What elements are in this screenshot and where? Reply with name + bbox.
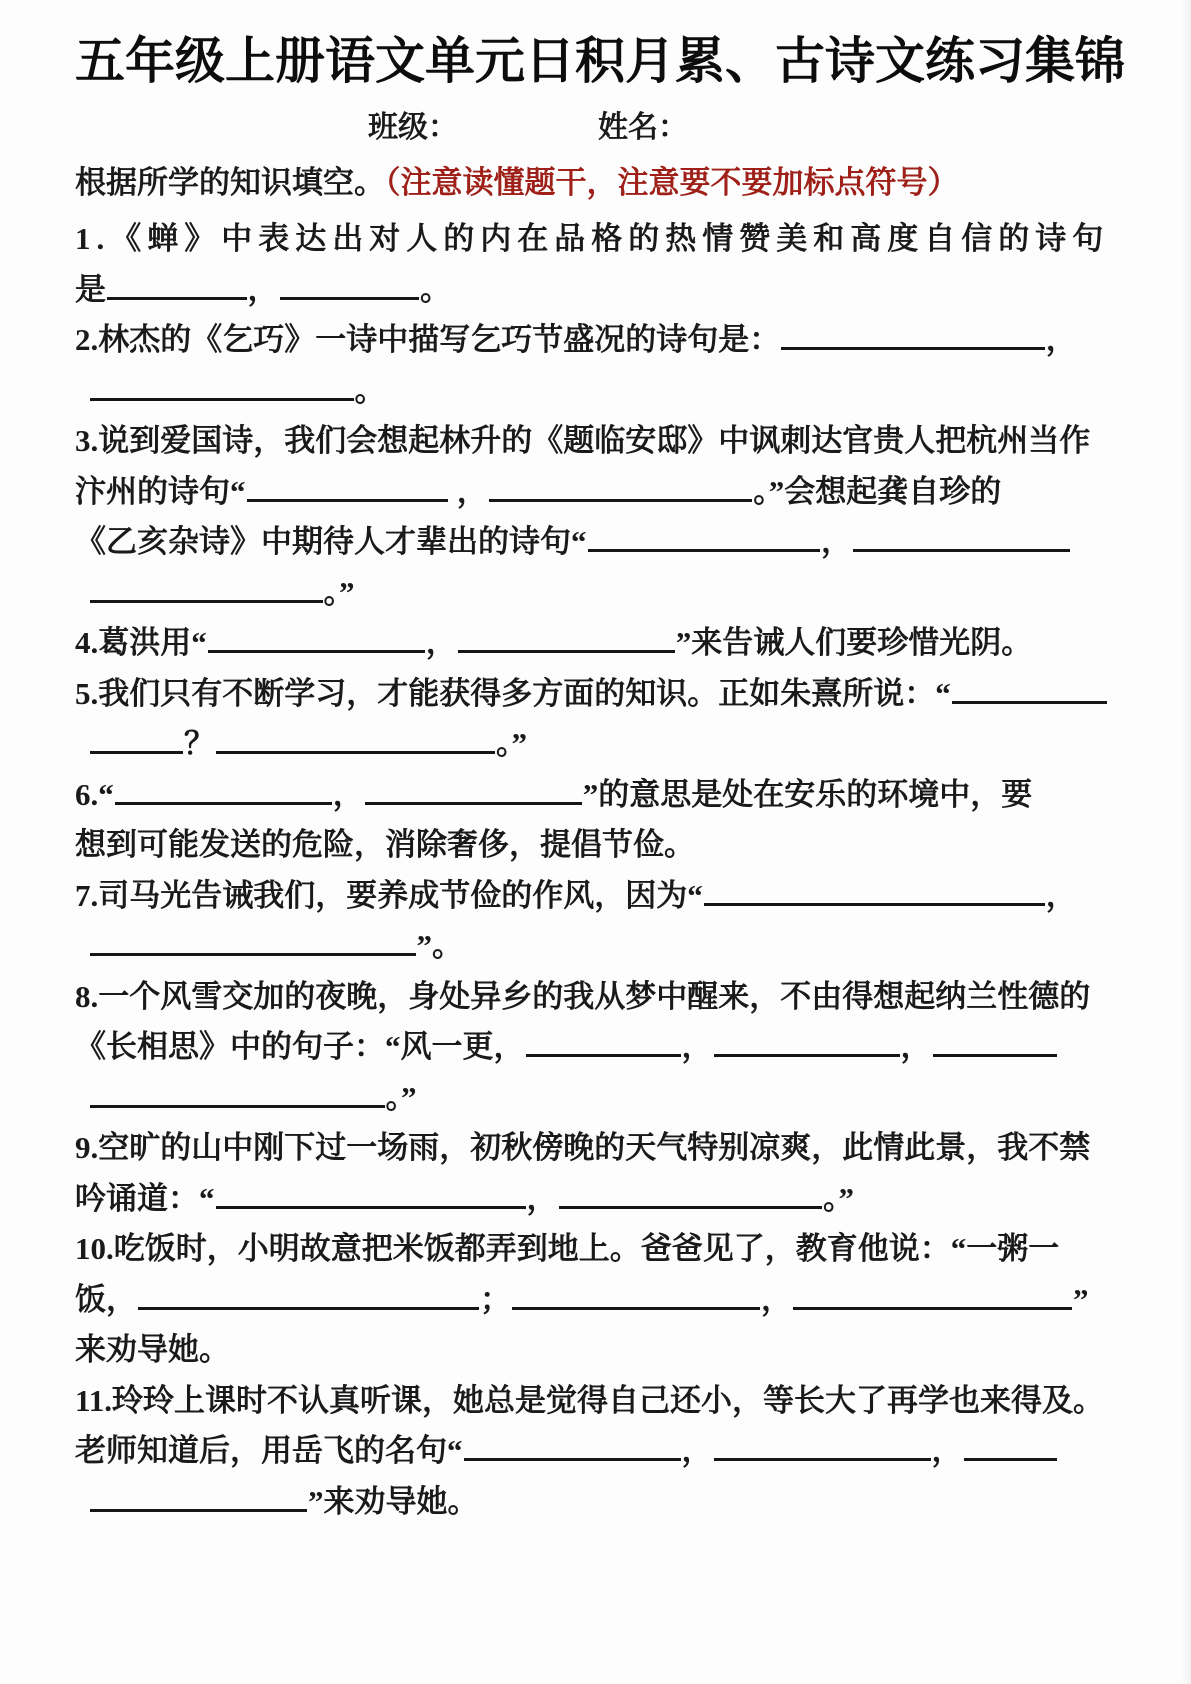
question-line: 。”	[75, 568, 1117, 619]
question-line: 来劝导她。	[75, 1325, 1117, 1376]
question-text: ”的意思是处在安乐的环境中，要	[583, 777, 1033, 812]
question-text: ，	[901, 1029, 932, 1064]
question-list: 1.《蝉》中表达出对人的内在品格的热情赞美和高度自信的诗句是，。2.林杰的《乞巧…	[75, 214, 1117, 1527]
question-text: 3.说到爱国诗，我们会想起林升的《题临安邸》中讽刺达官贵人把杭州当作	[75, 423, 1090, 458]
instruction-row: 根据所学的知识填空。（注意读懂题干，注意要不要加标点符号）	[75, 162, 1117, 204]
answer-blank	[115, 772, 332, 805]
question-text: ，	[527, 1181, 558, 1216]
name-label: 姓名：	[598, 108, 688, 148]
answer-blank	[952, 671, 1107, 704]
question-text: 想到可能发送的危险，消除奢侈，提倡节俭。	[75, 827, 695, 862]
question-text: ，	[932, 1433, 963, 1468]
scan-edge-shading	[1181, 0, 1191, 1684]
question-text: 。”会想起龚自珍的	[753, 474, 1001, 509]
answer-blank	[90, 570, 323, 603]
question-text: 4.葛洪用“	[75, 625, 207, 660]
worksheet-page: 五年级上册语文单元日积月累、古诗文练习集锦 班级： 姓名： 根据所学的知识填空。…	[0, 0, 1191, 1684]
question-line: 11.玲玲上课时不认真听课，她总是觉得自己还小，等长大了再学也来得及。	[75, 1376, 1117, 1427]
class-label: 班级：	[368, 108, 458, 148]
question-text: ，	[1046, 322, 1077, 357]
question-text: 9.空旷的山中刚下过一场雨，初秋傍晚的天气特别凉爽，此情此景，我不禁	[75, 1130, 1090, 1165]
question-text: 。”	[324, 575, 355, 610]
question-line: 3.说到爱国诗，我们会想起林升的《题临安邸》中讽刺达官贵人把杭州当作	[75, 416, 1117, 467]
answer-blank	[216, 1176, 526, 1209]
question-text: 5.我们只有不断学习，才能获得多方面的知识。正如朱熹所说：“	[75, 676, 951, 711]
question-text: 6.“	[75, 777, 114, 812]
page-title: 五年级上册语文单元日积月累、古诗文练习集锦	[75, 0, 1117, 92]
instruction-text: 根据所学的知识填空。	[75, 165, 385, 200]
question-line: 5.我们只有不断学习，才能获得多方面的知识。正如朱熹所说：“	[75, 669, 1117, 720]
answer-blank	[512, 1277, 760, 1310]
instruction-note: （注意读懂题干，注意要不要加标点符号）	[385, 165, 959, 200]
question-line: 1.《蝉》中表达出对人的内在品格的热情赞美和高度自信的诗句	[75, 214, 1117, 265]
question-text: ，	[449, 474, 488, 509]
question-text: 1.《蝉》中表达出对人的内在品格的热情赞美和高度自信的诗句	[75, 221, 1109, 256]
answer-blank	[90, 721, 183, 754]
question-line: 。	[75, 366, 1117, 417]
answer-blank	[280, 267, 420, 300]
question-line: 4.葛洪用“，”来告诫人们要珍惜光阴。	[75, 618, 1117, 669]
answer-blank	[853, 519, 1070, 552]
question-line: 想到可能发送的危险，消除奢侈，提倡节俭。	[75, 820, 1117, 871]
question-line: 《长相思》中的句子：“风一更，，，	[75, 1022, 1117, 1073]
question-line: 7.司马光告诫我们，要养成节俭的作风，因为“，	[75, 871, 1117, 922]
question-text: 饭，	[75, 1282, 137, 1317]
question-line: 8.一个风雪交加的夜晚，身处异乡的我从梦中醒来，不由得想起纳兰性德的	[75, 972, 1117, 1023]
question-text: ”。	[417, 928, 464, 963]
question-text: 老师知道后，用岳飞的名句“	[75, 1433, 463, 1468]
question-text: 汴州的诗句“	[75, 474, 246, 509]
answer-blank	[526, 1024, 681, 1057]
answer-blank	[90, 368, 354, 401]
answer-blank	[714, 1428, 931, 1461]
question-text: 吟诵道：“	[75, 1181, 215, 1216]
answer-blank	[964, 1428, 1057, 1461]
question-text: ，	[426, 625, 457, 660]
answer-blank	[588, 519, 821, 552]
question-text: 11.玲玲上课时不认真听课，她总是觉得自己还小，等长大了再学也来得及。	[75, 1383, 1104, 1418]
answer-blank	[559, 1176, 823, 1209]
question-text: 。”	[496, 726, 527, 761]
question-text: 。	[420, 272, 451, 307]
question-text: ，	[761, 1282, 792, 1317]
question-text: ”来劝导她。	[308, 1484, 479, 1519]
question-text: ，	[333, 777, 364, 812]
question-text: 7.司马光告诫我们，要养成节俭的作风，因为“	[75, 878, 703, 913]
question-text: 。”	[823, 1181, 854, 1216]
question-text: ；	[480, 1282, 511, 1317]
question-line: ”来劝导她。	[75, 1477, 1117, 1528]
question-line: 9.空旷的山中刚下过一场雨，初秋傍晚的天气特别凉爽，此情此景，我不禁	[75, 1123, 1117, 1174]
question-text: 《乙亥杂诗》中期待人才辈出的诗句“	[75, 524, 587, 559]
answer-blank	[781, 317, 1045, 350]
question-line: 汴州的诗句“ ，。”会想起龚自珍的	[75, 467, 1117, 518]
question-text: ”	[1073, 1282, 1089, 1317]
answer-blank	[90, 1479, 307, 1512]
answer-blank	[90, 923, 416, 956]
answer-blank	[138, 1277, 479, 1310]
question-text: 来劝导她。	[75, 1332, 230, 1367]
question-text: 。	[355, 373, 386, 408]
worksheet-content: 五年级上册语文单元日积月累、古诗文练习集锦 班级： 姓名： 根据所学的知识填空。…	[0, 0, 1191, 1527]
answer-blank	[216, 721, 495, 754]
question-text: 。”	[386, 1080, 417, 1115]
question-text: 《长相思》中的句子：“风一更，	[75, 1029, 525, 1064]
question-line: 2.林杰的《乞巧》一诗中描写乞巧节盛况的诗句是：，	[75, 315, 1117, 366]
question-line: 吟诵道：“，。”	[75, 1174, 1117, 1225]
question-text: ”来告诫人们要珍惜光阴。	[676, 625, 1033, 660]
question-line: ？。”	[75, 719, 1117, 770]
question-line: 是，。	[75, 265, 1117, 316]
question-line: 6.“，”的意思是处在安乐的环境中，要	[75, 770, 1117, 821]
answer-blank	[247, 469, 449, 502]
question-text: 是	[75, 272, 106, 307]
question-line: 10.吃饭时，小明故意把米饭都弄到地上。爸爸见了，教育他说：“一粥一	[75, 1224, 1117, 1275]
answer-blank	[365, 772, 582, 805]
question-line: 饭，；，”	[75, 1275, 1117, 1326]
answer-blank	[714, 1024, 900, 1057]
answer-blank	[933, 1024, 1057, 1057]
answer-blank	[458, 620, 675, 653]
question-text: ，	[682, 1433, 713, 1468]
answer-blank	[464, 1428, 681, 1461]
meta-row: 班级： 姓名：	[368, 108, 1117, 148]
question-text: 8.一个风雪交加的夜晚，身处异乡的我从梦中醒来，不由得想起纳兰性德的	[75, 979, 1090, 1014]
question-line: 《乙亥杂诗》中期待人才辈出的诗句“，	[75, 517, 1117, 568]
answer-blank	[793, 1277, 1072, 1310]
question-text: ，	[248, 272, 279, 307]
answer-blank	[489, 469, 753, 502]
answer-blank	[704, 873, 1045, 906]
answer-blank	[208, 620, 425, 653]
question-text: ，	[682, 1029, 713, 1064]
question-text: ？	[184, 726, 215, 761]
question-text: ，	[1046, 878, 1077, 913]
answer-blank	[107, 267, 247, 300]
question-text: 10.吃饭时，小明故意把米饭都弄到地上。爸爸见了，教育他说：“一粥一	[75, 1231, 1059, 1266]
answer-blank	[90, 1075, 385, 1108]
question-line: 。”	[75, 1073, 1117, 1124]
question-text: ，	[821, 524, 852, 559]
question-line: 老师知道后，用岳飞的名句“，，	[75, 1426, 1117, 1477]
question-text: 2.林杰的《乞巧》一诗中描写乞巧节盛况的诗句是：	[75, 322, 780, 357]
question-line: ”。	[75, 921, 1117, 972]
